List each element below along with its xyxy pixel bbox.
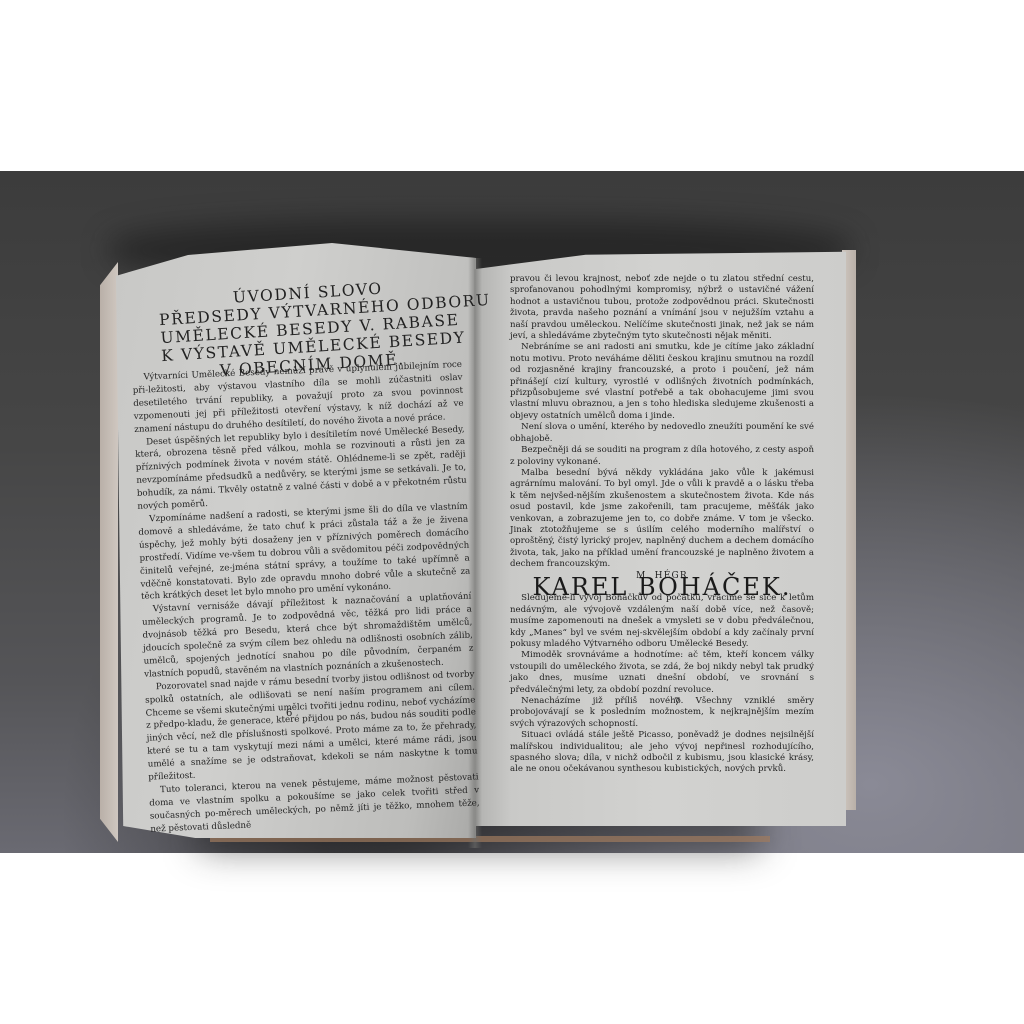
paragraph: Pozorovatel snad najde v rámu besední tv… xyxy=(144,668,478,784)
right-page-body: pravou či levou krajnost, neboť zde nejd… xyxy=(510,274,814,776)
paragraph: Nenacházíme již příliš nového. Všechny v… xyxy=(510,696,814,730)
paragraph: Malba besední bývá někdy vykládána jako … xyxy=(510,468,814,571)
paragraph: Sledujeme-li vývoj Boháčkův od počátku, … xyxy=(510,593,814,650)
paragraph: Nebráníme se ani radosti ani smutku, kde… xyxy=(510,342,814,422)
left-page-body: Výtvarníci Umělecké Besedy nemůží právě … xyxy=(132,359,480,836)
paragraph: Mimoděk srovnáváme a hodnotíme: ač těm, … xyxy=(510,650,814,696)
page-number-right: 7 xyxy=(674,697,680,708)
page-block-edge-left xyxy=(100,262,118,842)
paragraph: Vzpomínáme nadšení a radosti, se kterými… xyxy=(138,501,471,605)
page-number-left: 6 xyxy=(286,708,292,719)
article-title: KAREL BOHÁČEK. xyxy=(510,582,814,593)
paragraph: Bezpečněji dá se souditi na program z dí… xyxy=(510,445,814,468)
paragraph: Deset úspěšných let republiky bylo i des… xyxy=(135,423,468,514)
paragraph: Výstavní vernisáže dávají příležitost k … xyxy=(141,591,474,682)
paragraph: Situaci ovládá stále ještě Picasso, poně… xyxy=(510,730,814,776)
paragraph: pravou či levou krajnost, neboť zde nejd… xyxy=(510,274,814,342)
paragraph: Není slova o umění, kterého by nedovedlo… xyxy=(510,422,814,445)
